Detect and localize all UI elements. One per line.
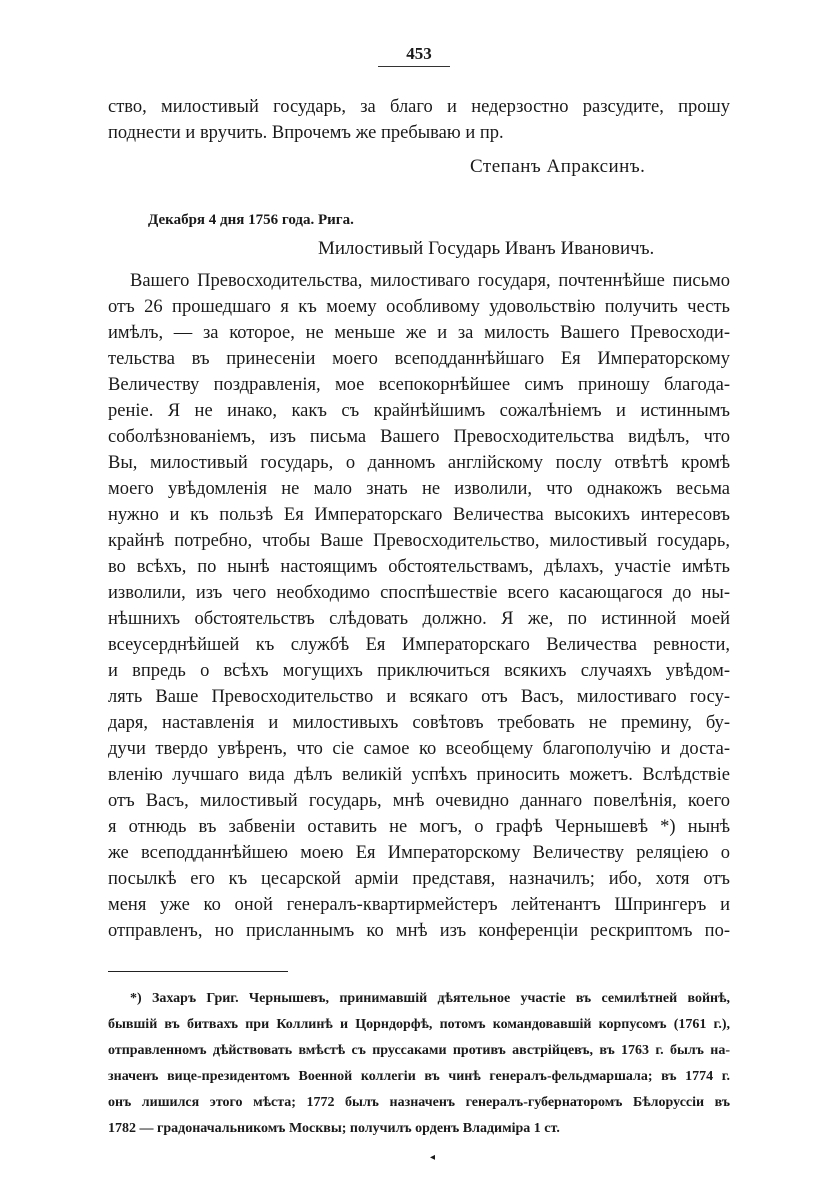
text-line: я отнюдь въ забвеніи оставить не могъ, о… xyxy=(108,814,730,840)
text-line: меня уже ко оной генералъ-квартирмейстер… xyxy=(108,892,730,918)
text-line: нужно и къ пользѣ Ея Императорскаго Вели… xyxy=(108,502,730,528)
text-line: реніе. Я не инако, какъ съ крайнѣйшимъ с… xyxy=(108,398,730,424)
text-line: имѣлъ, — за которое, не меньше же и за м… xyxy=(108,320,730,346)
text-line: даря, наставленія и милостивыхъ совѣтовъ… xyxy=(108,710,730,736)
footnote-line: бывшій въ битвахъ при Коллинѣ и Цорндорф… xyxy=(108,1012,730,1038)
text-line: всеусерднѣйшей къ службѣ Ея Императорска… xyxy=(108,632,730,658)
footnote-line: значенъ вице-президентомъ Военной коллег… xyxy=(108,1064,730,1090)
footnote-line: онъ лишился этого мѣста; 1772 былъ назна… xyxy=(108,1090,730,1116)
text-line: во всѣхъ, по нынѣ настоящимъ обстоятельс… xyxy=(108,554,730,580)
text-line: Вашего Превосходительства, милостиваго г… xyxy=(130,268,730,294)
text-line: вленію лучшаго вида дѣлъ великій успѣхъ … xyxy=(108,762,730,788)
text-line: изволили, изъ чего необходимо споспѣшест… xyxy=(108,580,730,606)
text-line: дучи твердо увѣренъ, что сіе самое ко вс… xyxy=(108,736,730,762)
text-line: отъ 26 прошедшаго я къ моему особливому … xyxy=(108,294,730,320)
text-line: ство, милостивый государь, за благо и не… xyxy=(108,94,730,120)
printer-mark-icon: ◂ xyxy=(430,1152,435,1163)
text-line: лять Ваше Превосходительство и всякаго о… xyxy=(108,684,730,710)
footnote-line: *) Захаръ Григ. Чернышевъ, принимавшій д… xyxy=(130,986,730,1012)
page-number: 453 xyxy=(0,44,838,64)
text-line: тельства въ принесеніи моего всеподданнѣ… xyxy=(108,346,730,372)
signature: Степанъ Апраксинъ. xyxy=(470,156,645,178)
text-line: соболѣзнованіемъ, изъ письма Вашего Прев… xyxy=(108,424,730,450)
text-line: отправленъ, но присланнымъ ко мнѣ изъ ко… xyxy=(108,918,730,944)
text-line: крайнѣ потребно, чтобы Ваше Превосходите… xyxy=(108,528,730,554)
text-line: же всеподданнѣйшею моею Ея Императорском… xyxy=(108,840,730,866)
text-line: посылкѣ его къ цесарской арміи представя… xyxy=(108,866,730,892)
text-line: отъ Васъ, милостивый государь, мнѣ очеви… xyxy=(108,788,730,814)
text-line: моего увѣдомленія не мало знать не извол… xyxy=(108,476,730,502)
footnote-line: отправленномъ дѣйствовать вмѣстѣ съ прус… xyxy=(108,1038,730,1064)
text-line: Величеству поздравленія, мое всепокорнѣй… xyxy=(108,372,730,398)
text-line: нѣшнихъ обстоятельствъ слѣдовать должно.… xyxy=(108,606,730,632)
letter-dateline: Декабря 4 дня 1756 года. Рига. xyxy=(148,212,354,229)
footnote-rule xyxy=(108,971,288,972)
footnote-line: 1782 — градоначальникомъ Москвы; получил… xyxy=(108,1116,730,1142)
letter-salutation: Милостивый Государь Иванъ Ивановичъ. xyxy=(318,238,654,260)
text-line: поднести и вручить. Впрочемъ же пребываю… xyxy=(108,120,730,146)
text-line: Вы, милостивый государь, о данномъ англі… xyxy=(108,450,730,476)
page-number-rule xyxy=(378,66,450,67)
text-line: и впредь о всѣхъ могущихъ приключиться в… xyxy=(108,658,730,684)
